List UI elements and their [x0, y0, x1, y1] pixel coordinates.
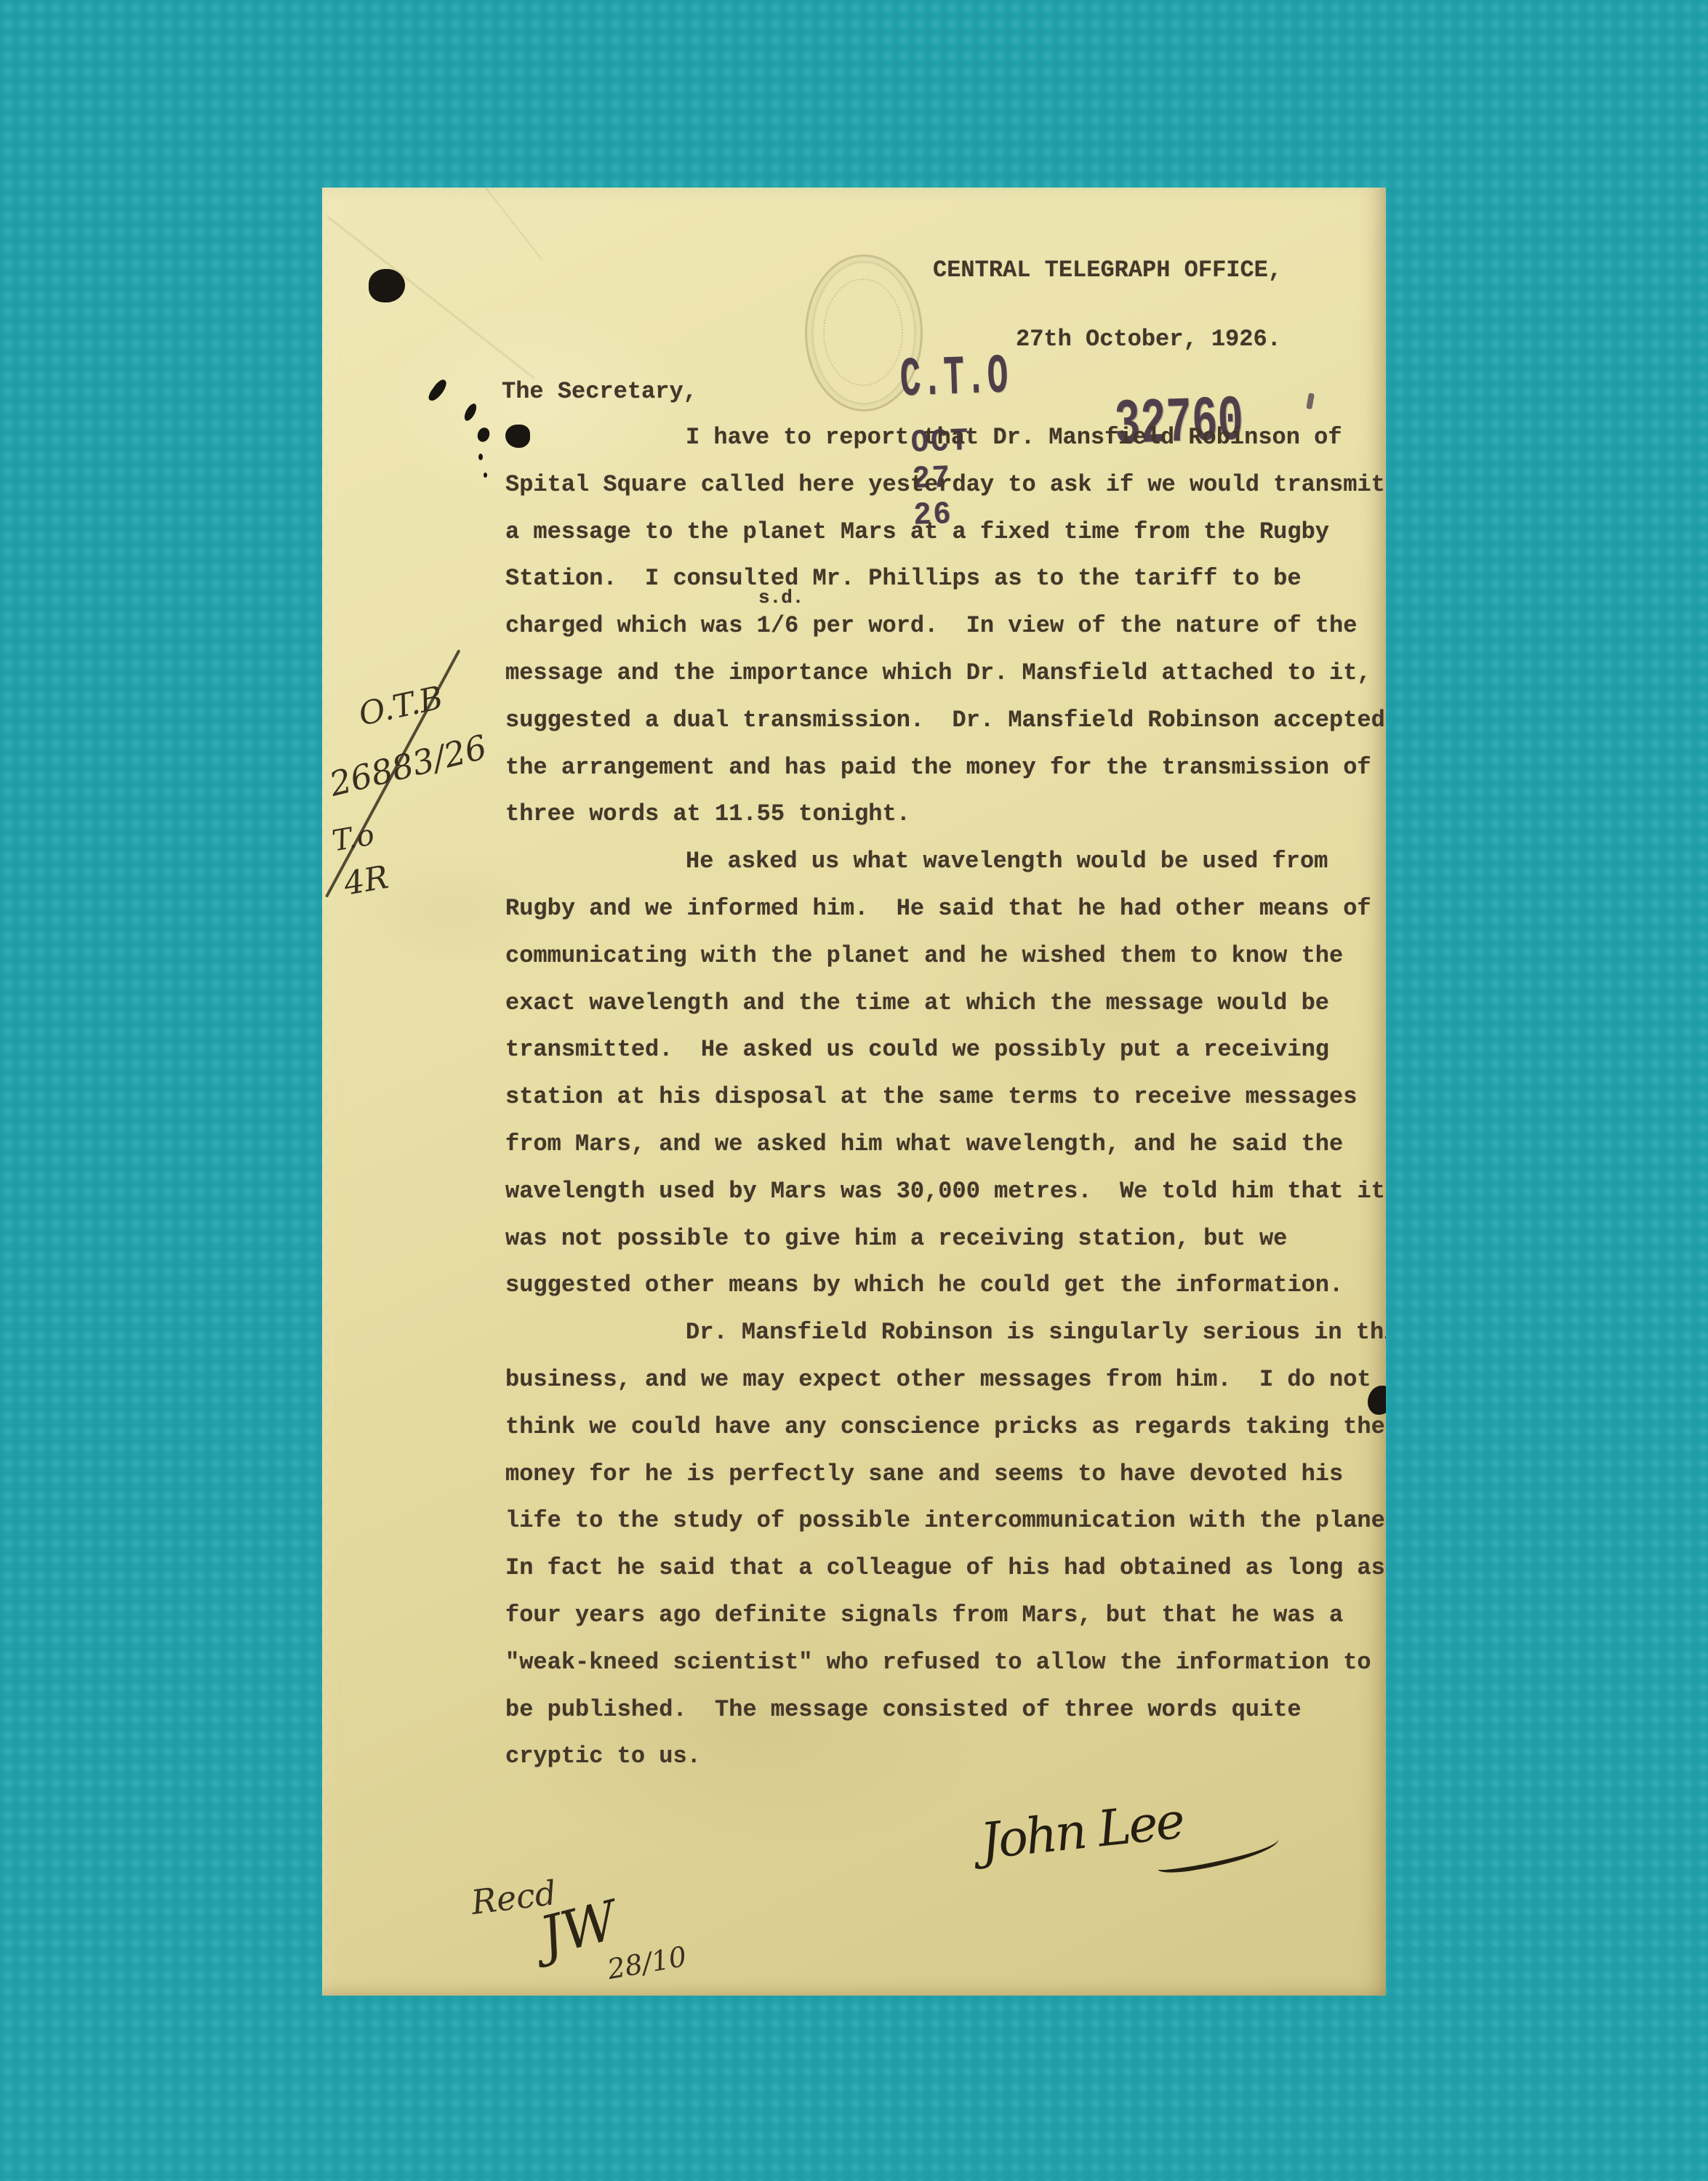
margin-note: 4R	[341, 859, 391, 903]
typewritten-line: business, and we may expect other messag…	[505, 1366, 1386, 1413]
typewritten-line: station at his disposal at the same term…	[505, 1083, 1386, 1130]
typewritten-line: the arrangement and has paid the money f…	[505, 754, 1386, 801]
letter-paper: CENTRAL TELEGRAPH OFFICE, 27th October, …	[322, 188, 1386, 1996]
typewritten-line: money for he is perfectly sane and seems…	[505, 1461, 1386, 1508]
margin-note: T.o	[329, 818, 377, 858]
ink-blot	[369, 269, 405, 302]
ink-speck	[484, 473, 487, 478]
ink-splatter	[427, 377, 449, 403]
ink-speck	[478, 454, 483, 460]
signature-text: John Lee	[978, 1793, 1186, 1871]
typewritten-line: wavelength used by Mars was 30,000 metre…	[505, 1178, 1386, 1225]
stamp-stray-mark	[1306, 393, 1315, 409]
embossed-seal-inner	[823, 278, 903, 386]
typewritten-line: think we could have any conscience prick…	[505, 1413, 1386, 1461]
typewritten-line: from Mars, and we asked him what wavelen…	[505, 1130, 1386, 1178]
margin-note: 26883/26	[326, 727, 491, 804]
typewritten-line: message and the importance which Dr. Man…	[505, 659, 1386, 707]
letterhead-office: CENTRAL TELEGRAPH OFFICE,	[933, 257, 1282, 284]
letter-body: I have to report that Dr. Mansfield Robi…	[505, 424, 1386, 1790]
margin-note: O.T.B	[356, 679, 446, 733]
typewritten-line: suggested a dual transmission. Dr. Mansf…	[505, 707, 1386, 754]
typewritten-line: suggested other means by which he could …	[505, 1272, 1386, 1319]
typewritten-line: cryptic to us.	[505, 1743, 1386, 1790]
typewritten-line: life to the study of possible intercommu…	[505, 1507, 1386, 1554]
paper-crease	[407, 188, 542, 260]
typewritten-line: In fact he said that a colleague of his …	[505, 1554, 1386, 1602]
typewritten-line: Dr. Mansfield Robinson is singularly ser…	[505, 1319, 1386, 1366]
typewritten-line: "weak-kneed scientist" who refused to al…	[505, 1649, 1386, 1696]
typewritten-line: exact wavelength and the time at which t…	[505, 989, 1386, 1037]
typewritten-line: was not possible to give him a receiving…	[505, 1225, 1386, 1272]
typewritten-line: three words at 11.55 tonight.	[505, 800, 1386, 848]
stamp-cto-text: C.T.O	[899, 354, 1010, 403]
typewritten-line: four years ago definite signals from Mar…	[505, 1602, 1386, 1649]
typewritten-line: I have to report that Dr. Mansfield Robi…	[505, 424, 1386, 471]
signature-block: John Lee	[978, 1793, 1186, 1871]
ink-splatter	[462, 402, 479, 423]
typewritten-line: communicating with the planet and he wis…	[505, 942, 1386, 989]
letterhead-date: 27th October, 1926.	[1016, 326, 1281, 353]
typewritten-line: Station. I consulted Mr. Phillips as to …	[505, 565, 1386, 612]
salutation: The Secretary,	[502, 378, 697, 405]
typewritten-line: Rugby and we informed him. He said that …	[505, 895, 1386, 942]
paper-crease	[327, 216, 535, 379]
typewritten-line: charged which was 1/6 per word. In view …	[505, 612, 1386, 659]
typewritten-line: be published. The message consisted of t…	[505, 1696, 1386, 1743]
ink-splatter	[505, 425, 530, 448]
ink-splatter	[476, 426, 492, 443]
typewritten-line: a message to the planet Mars at a fixed …	[505, 518, 1386, 566]
typewritten-line: transmitted. He asked us could we possib…	[505, 1036, 1386, 1083]
typewritten-line: He asked us what wavelength would be use…	[505, 848, 1386, 895]
typewritten-line: Spital Square called here yesterday to a…	[505, 471, 1386, 518]
scan-background: { "colors": { "background_teal": "#21a2a…	[0, 0, 1708, 2181]
